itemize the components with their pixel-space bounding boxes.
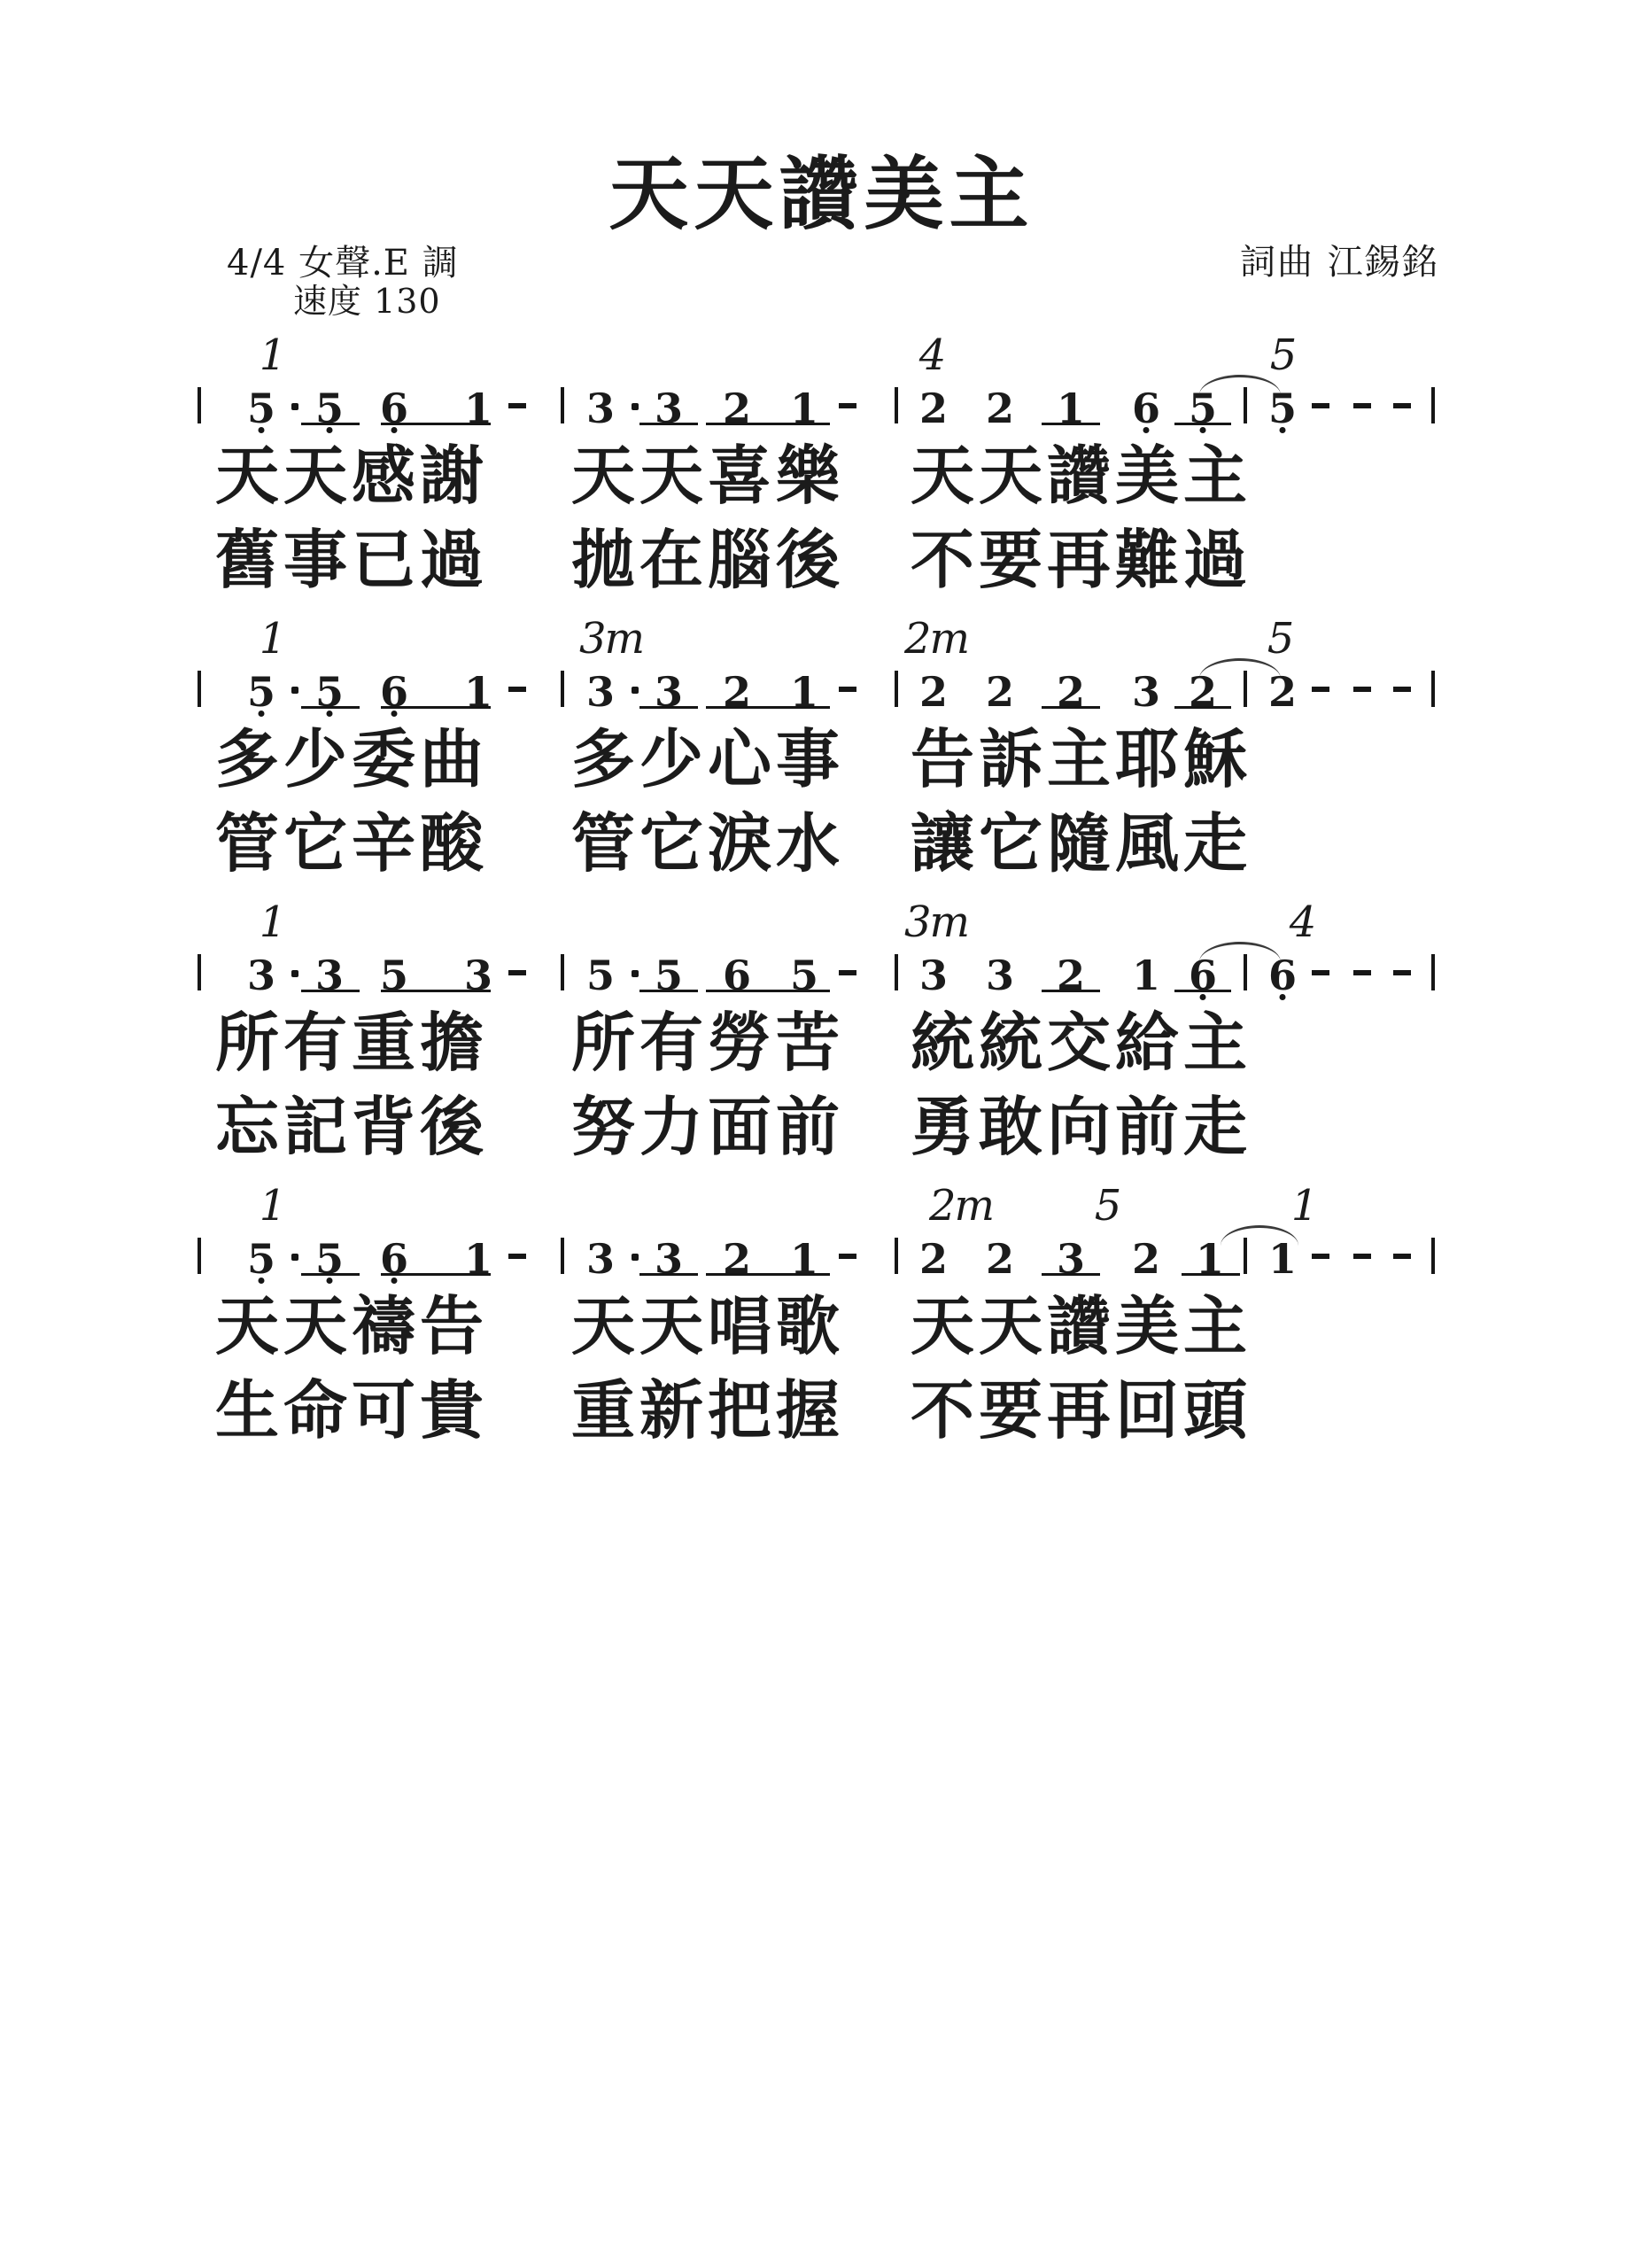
note-digit: 2 xyxy=(986,1239,1014,1279)
low-octave-dot xyxy=(259,711,265,717)
extension-dash xyxy=(1353,403,1371,408)
lyric-phrase: 多少委曲 xyxy=(215,727,488,791)
eighth-note-underline xyxy=(381,706,491,709)
eighth-note-underline xyxy=(639,706,698,709)
barline xyxy=(1431,954,1435,990)
low-octave-dot xyxy=(1200,427,1206,433)
eighth-note-underline xyxy=(1042,706,1100,709)
chord-number: 5 xyxy=(1267,617,1293,660)
augmentation-dot xyxy=(632,970,639,977)
chord-number: 1 xyxy=(260,901,285,944)
low-octave-dot xyxy=(327,711,333,717)
notation-system-2: 13m2m555613321222322多少委曲多少心事告訴主耶穌管它辛酸管它淚… xyxy=(0,623,1643,889)
note-digit: 6 xyxy=(1132,388,1160,429)
eighth-note-underline xyxy=(1042,1273,1100,1276)
barline xyxy=(198,954,201,990)
low-octave-dot xyxy=(1280,427,1286,433)
barline xyxy=(1431,671,1435,707)
note-digit: 5 xyxy=(586,955,615,996)
lyric-phrase: 不要再回頭 xyxy=(911,1379,1252,1442)
tie-arc xyxy=(1199,375,1281,395)
note-digit: 2 xyxy=(919,388,948,429)
low-octave-dot xyxy=(259,1278,265,1284)
extension-dash xyxy=(508,1254,526,1259)
lyric-phrase: 舊事已過 xyxy=(215,528,488,592)
lyric-phrase: 生命可貴 xyxy=(215,1379,488,1442)
composer-credit: 詞曲 江錫銘 xyxy=(1240,245,1439,280)
lyric-phrase: 多少心事 xyxy=(571,727,844,791)
lyric-phrase: 所有重擔 xyxy=(215,1011,488,1075)
notation-system-4: 12m5155613321223211天天禱告天天唱歌天天讚美主生命可貴重新把握… xyxy=(0,1190,1643,1456)
eighth-note-underline xyxy=(706,990,830,992)
barline xyxy=(198,1238,201,1274)
barline xyxy=(1431,1238,1435,1274)
barline xyxy=(895,1238,898,1274)
eighth-note-underline xyxy=(301,423,360,425)
chord-number: 3m xyxy=(579,617,643,660)
tie-arc xyxy=(1221,1225,1298,1246)
barline xyxy=(561,671,564,707)
low-octave-dot xyxy=(327,427,333,433)
extension-dash xyxy=(839,403,856,408)
time-signature-and-key: 4/4 女聲.E 調 xyxy=(227,245,459,281)
extension-dash xyxy=(1353,687,1371,692)
lyric-phrase: 管它辛酸 xyxy=(215,812,488,875)
chord-number: 4 xyxy=(1290,901,1315,944)
chord-number: 1 xyxy=(260,617,285,660)
barline xyxy=(198,671,201,707)
lyric-phrase: 天天喜樂 xyxy=(571,444,844,508)
augmentation-dot xyxy=(291,1254,298,1261)
barline xyxy=(561,954,564,990)
low-octave-dot xyxy=(259,427,265,433)
eighth-note-underline xyxy=(639,1273,698,1276)
chord-number: 1 xyxy=(1291,1184,1317,1227)
lyric-phrase: 天天讚美主 xyxy=(911,1294,1252,1358)
barline xyxy=(561,387,564,423)
barline xyxy=(198,387,201,423)
eighth-note-underline xyxy=(1182,1273,1240,1276)
lyric-phrase: 努力面前 xyxy=(571,1095,844,1159)
eighth-note-underline xyxy=(706,1273,830,1276)
extension-dash xyxy=(1312,687,1329,692)
lyric-phrase: 天天唱歌 xyxy=(571,1294,844,1358)
lyric-phrase: 拋在腦後 xyxy=(571,528,844,592)
lyric-phrase: 告訴主耶穌 xyxy=(911,727,1252,791)
extension-dash xyxy=(1353,1254,1371,1259)
eighth-note-underline xyxy=(706,423,830,425)
eighth-note-underline xyxy=(381,1273,491,1276)
note-digit: 2 xyxy=(919,672,948,712)
lyric-phrase: 勇敢向前走 xyxy=(911,1095,1252,1159)
eighth-note-underline xyxy=(706,706,830,709)
note-digit: 3 xyxy=(586,672,615,712)
note-digit: 2 xyxy=(986,388,1014,429)
chord-number: 2m xyxy=(929,1184,993,1227)
lyric-phrase: 不要再難過 xyxy=(911,528,1252,592)
eighth-note-underline xyxy=(639,990,698,992)
note-digit: 5 xyxy=(247,1239,275,1279)
extension-dash xyxy=(839,970,856,975)
barline xyxy=(895,954,898,990)
sheet-music-page: 天天讚美主 4/4 女聲.E 調 速度 130 詞曲 江錫銘 145556133… xyxy=(0,0,1643,2268)
low-octave-dot xyxy=(1200,994,1206,1000)
notation-system-3: 13m433535565332166所有重擔所有勞苦統統交給主忘記背後努力面前勇… xyxy=(0,906,1643,1172)
note-digit: 5 xyxy=(247,672,275,712)
tempo-marking: 速度 130 xyxy=(293,284,441,318)
barline xyxy=(1431,387,1435,423)
extension-dash xyxy=(1353,970,1371,975)
note-digit: 2 xyxy=(986,672,1014,712)
lyric-phrase: 統統交給主 xyxy=(911,1011,1252,1075)
barline xyxy=(561,1238,564,1274)
eighth-note-underline xyxy=(1042,990,1100,992)
barline xyxy=(895,671,898,707)
note-digit: 3 xyxy=(986,955,1014,996)
extension-dash xyxy=(1312,970,1329,975)
note-digit: 2 xyxy=(919,1239,948,1279)
extension-dash xyxy=(508,403,526,408)
extension-dash xyxy=(508,970,526,975)
lyric-phrase: 所有勞苦 xyxy=(571,1011,844,1075)
lyric-phrase: 讓它隨風走 xyxy=(911,812,1252,875)
eighth-note-underline xyxy=(301,1273,360,1276)
chord-number: 5 xyxy=(1270,334,1296,377)
note-digit: 3 xyxy=(1132,672,1160,712)
note-digit: 3 xyxy=(586,1239,615,1279)
augmentation-dot xyxy=(291,687,298,694)
note-digit: 3 xyxy=(919,955,948,996)
eighth-note-underline xyxy=(381,423,491,425)
lyric-phrase: 天天禱告 xyxy=(215,1294,488,1358)
extension-dash xyxy=(508,687,526,692)
eighth-note-underline xyxy=(301,706,360,709)
augmentation-dot xyxy=(632,687,639,694)
lyric-phrase: 天天感謝 xyxy=(215,444,488,508)
note-digit: 2 xyxy=(1132,1239,1160,1279)
extension-dash xyxy=(1312,1254,1329,1259)
eighth-note-underline xyxy=(1042,423,1100,425)
augmentation-dot xyxy=(632,1254,639,1261)
eighth-note-underline xyxy=(639,423,698,425)
eighth-note-underline xyxy=(1174,706,1231,709)
low-octave-dot xyxy=(1143,427,1150,433)
note-digit: 1 xyxy=(1132,955,1160,996)
low-octave-dot xyxy=(391,427,398,433)
extension-dash xyxy=(1312,403,1329,408)
eighth-note-underline xyxy=(381,990,491,992)
lyric-phrase: 重新把握 xyxy=(571,1379,844,1442)
lyric-phrase: 天天讚美主 xyxy=(911,444,1252,508)
low-octave-dot xyxy=(391,711,398,717)
eighth-note-underline xyxy=(1174,990,1231,992)
extension-dash xyxy=(839,687,856,692)
extension-dash xyxy=(1393,970,1411,975)
augmentation-dot xyxy=(291,403,298,410)
note-digit: 3 xyxy=(247,955,275,996)
chord-number: 3m xyxy=(904,901,968,944)
low-octave-dot xyxy=(1280,994,1286,1000)
eighth-note-underline xyxy=(1174,423,1231,425)
augmentation-dot xyxy=(291,970,298,977)
extension-dash xyxy=(1393,687,1411,692)
lyric-phrase: 管它淚水 xyxy=(571,812,844,875)
low-octave-dot xyxy=(327,1278,333,1284)
eighth-note-underline xyxy=(301,990,360,992)
chord-number: 1 xyxy=(260,334,285,377)
augmentation-dot xyxy=(632,403,639,410)
barline xyxy=(895,387,898,423)
tie-arc xyxy=(1199,942,1281,962)
chord-number: 5 xyxy=(1095,1184,1120,1227)
note-digit: 5 xyxy=(247,388,275,429)
note-digit: 3 xyxy=(586,388,615,429)
chord-number: 2m xyxy=(904,617,968,660)
chord-number: 1 xyxy=(260,1184,285,1227)
extension-dash xyxy=(839,1254,856,1259)
song-title: 天天讚美主 xyxy=(0,154,1643,234)
extension-dash xyxy=(1393,403,1411,408)
lyric-phrase: 忘記背後 xyxy=(215,1095,488,1159)
chord-number: 4 xyxy=(919,334,945,377)
low-octave-dot xyxy=(391,1278,398,1284)
extension-dash xyxy=(1393,1254,1411,1259)
notation-system-1: 14555613321221655天天感謝天天喜樂天天讚美主舊事已過拋在腦後不要… xyxy=(0,339,1643,605)
